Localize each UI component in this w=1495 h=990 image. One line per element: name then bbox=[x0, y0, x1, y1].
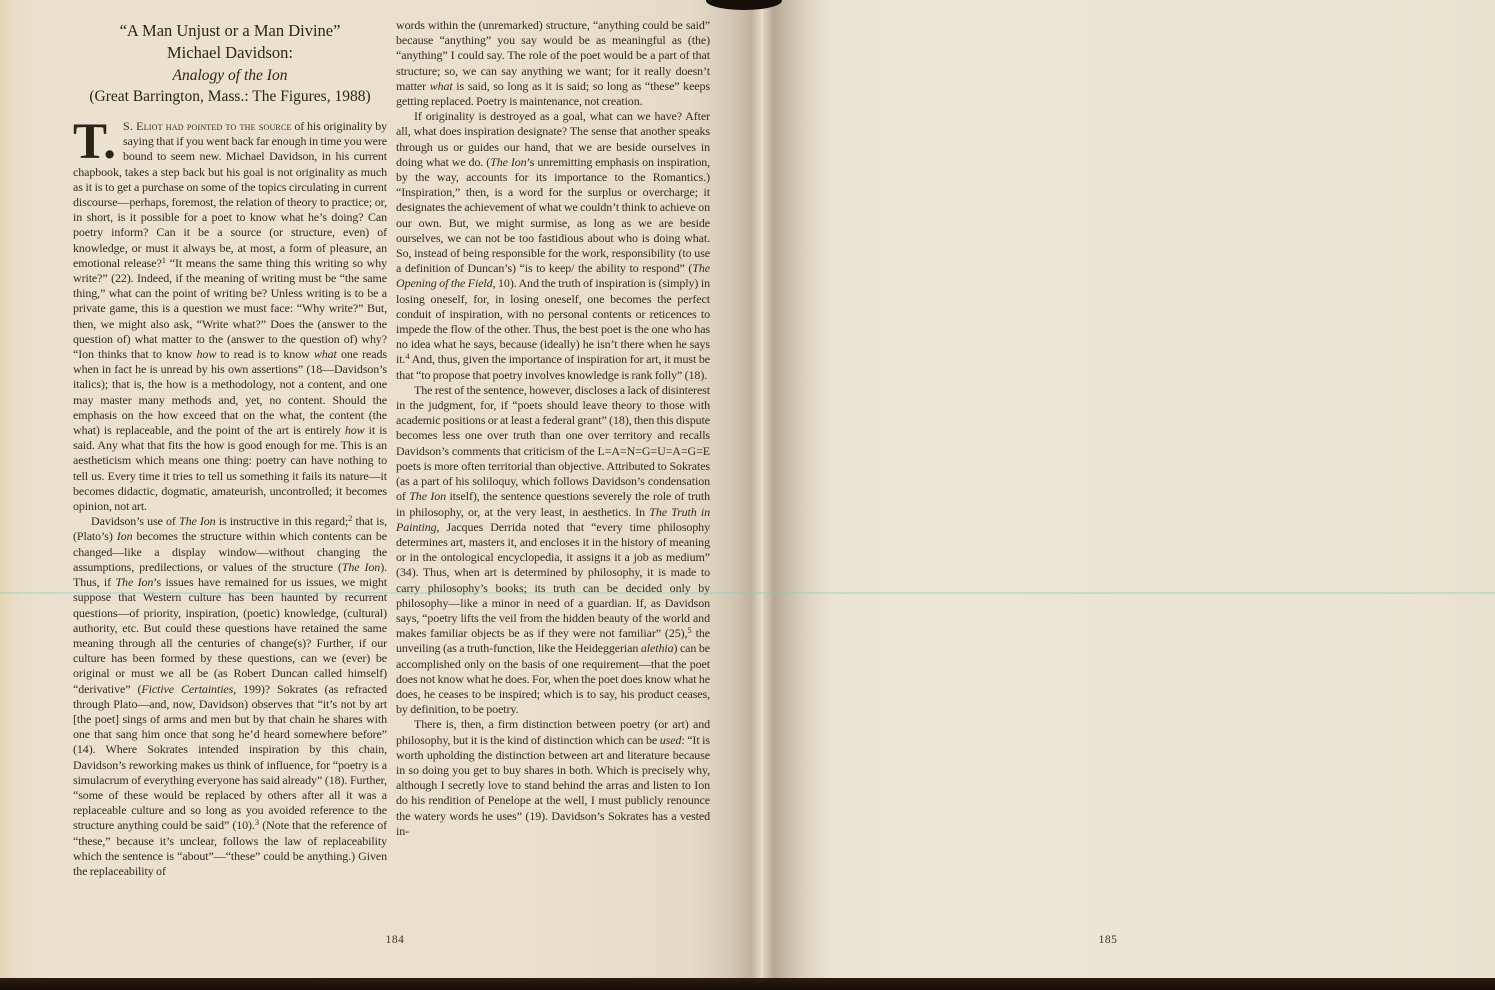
lead-smallcaps: S. Eliot had pointed to the source bbox=[123, 119, 292, 133]
left-page-column-2: words within the (unremarked) structure,… bbox=[396, 18, 710, 930]
lead-paragraph-text: of his originality by saying that if you… bbox=[73, 119, 387, 513]
column-1-paragraphs: Davidson’s use of The Ion is instructive… bbox=[73, 514, 387, 879]
reviewed-work-title: Analogy of the Ion bbox=[73, 66, 387, 87]
paragraph: Davidson’s use of The Ion is instructive… bbox=[73, 514, 387, 879]
right-page: terest in this split, for it facilitates… bbox=[763, 0, 1495, 978]
page-number-left: 184 bbox=[345, 934, 445, 946]
paragraph: If originality is destroyed as a goal, w… bbox=[396, 109, 710, 383]
book-edge-shadow bbox=[0, 978, 1495, 990]
page-number-right: 185 bbox=[1058, 934, 1158, 946]
dropcap-initial: T. bbox=[73, 119, 123, 163]
paragraph: There is, then, a firm distinction betwe… bbox=[396, 717, 710, 839]
book-spread: “A Man Unjust or a Man Divine” Michael D… bbox=[0, 0, 1495, 978]
left-page: “A Man Unjust or a Man Divine” Michael D… bbox=[0, 0, 763, 978]
article-author-line: Michael Davidson: bbox=[73, 42, 387, 64]
paragraph: The rest of the sentence, however, discl… bbox=[396, 383, 710, 717]
lead-paragraph: T.S. Eliot had pointed to the source of … bbox=[73, 119, 387, 514]
article-title: “A Man Unjust or a Man Divine” Michael D… bbox=[73, 20, 387, 107]
paragraph: words within the (unremarked) structure,… bbox=[396, 18, 710, 109]
publisher-line: (Great Barrington, Mass.: The Figures, 1… bbox=[73, 87, 387, 108]
article-title-line-1: “A Man Unjust or a Man Divine” bbox=[73, 20, 387, 42]
left-page-column-1: “A Man Unjust or a Man Divine” Michael D… bbox=[73, 18, 387, 930]
